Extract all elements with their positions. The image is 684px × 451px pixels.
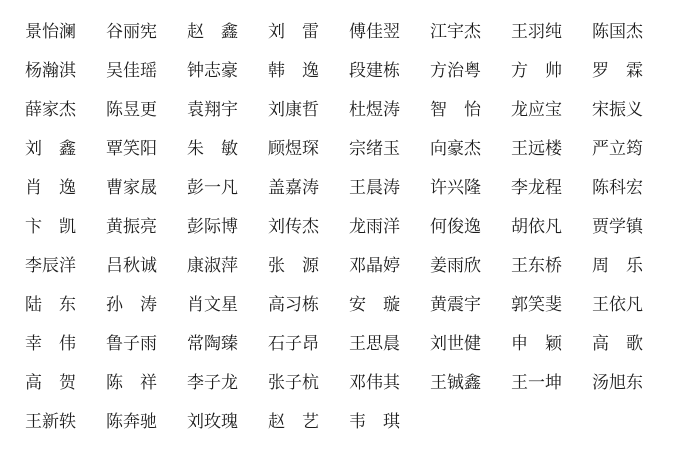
name-cell: 幸 伟	[25, 335, 76, 352]
name-row: 幸 伟鲁子雨常陶臻石子昂王思晨刘世健申 颖高 歌	[25, 324, 643, 363]
name-cell: 孙 涛	[106, 296, 157, 313]
name-row: 陆 东孙 涛肖文星高习栋安 璇黄震宇郭笑斐王依凡	[25, 285, 643, 324]
name-cell: 刘 雷	[268, 23, 319, 40]
name-cell: 彭际博	[187, 218, 238, 235]
name-cell: 刘康哲	[268, 101, 319, 118]
name-cell: 姜雨欣	[430, 257, 481, 274]
name-cell: 陈科宏	[592, 179, 643, 196]
name-cell: 宗绪玉	[349, 140, 400, 157]
name-row: 薛家杰陈昱更袁翔宇刘康哲杜煜涛智 怡龙应宝宋振义	[25, 90, 643, 129]
name-cell: 罗 霖	[592, 62, 643, 79]
name-cell: 汤旭东	[592, 374, 643, 391]
name-cell: 彭一凡	[187, 179, 238, 196]
name-cell: 刘世健	[430, 335, 481, 352]
name-cell: 刘传杰	[268, 218, 319, 235]
name-cell: 韩 逸	[268, 62, 319, 79]
name-cell: 高 贺	[25, 374, 76, 391]
name-cell: 方 帅	[511, 62, 562, 79]
name-cell: 李子龙	[187, 374, 238, 391]
name-cell: 康淑萍	[187, 257, 238, 274]
name-cell: 王羽纯	[511, 23, 562, 40]
name-cell: 赵 艺	[268, 413, 319, 430]
name-cell: 钟志豪	[187, 62, 238, 79]
name-row: 景怡澜谷丽宪赵 鑫刘 雷傅佳翌江宇杰王羽纯陈国杰	[25, 12, 643, 51]
name-cell: 王依凡	[592, 296, 643, 313]
name-row: 高 贺陈 祥李子龙张子杭邓伟其王铖鑫王一坤汤旭东	[25, 363, 643, 402]
name-cell: 黄震宇	[430, 296, 481, 313]
name-cell: 赵 鑫	[187, 23, 238, 40]
name-cell: 龙应宝	[511, 101, 562, 118]
name-cell: 张 源	[268, 257, 319, 274]
name-cell: 刘玫瑰	[187, 413, 238, 430]
name-cell: 吕秋诚	[106, 257, 157, 274]
name-cell: 陈国杰	[592, 23, 643, 40]
name-cell: 薛家杰	[25, 101, 76, 118]
name-cell: 段建栋	[349, 62, 400, 79]
name-cell: 邓伟其	[349, 374, 400, 391]
name-cell: 傅佳翌	[349, 23, 400, 40]
name-cell: 向豪杰	[430, 140, 481, 157]
name-cell: 王思晨	[349, 335, 400, 352]
name-cell: 陆 东	[25, 296, 76, 313]
name-row: 肖 逸曹家晟彭一凡盖嘉涛王晨涛许兴隆李龙程陈科宏	[25, 168, 643, 207]
name-cell: 杨瀚淇	[25, 62, 76, 79]
name-cell: 杜煜涛	[349, 101, 400, 118]
name-cell: 邓晶婷	[349, 257, 400, 274]
name-cell: 石子昂	[268, 335, 319, 352]
name-cell: 龙雨洋	[349, 218, 400, 235]
name-cell: 高 歌	[592, 335, 643, 352]
name-cell: 李辰洋	[25, 257, 76, 274]
name-cell: 王东桥	[511, 257, 562, 274]
name-cell: 肖 逸	[25, 179, 76, 196]
name-cell: 王远楼	[511, 140, 562, 157]
name-cell: 陈昱更	[106, 101, 157, 118]
name-cell: 曹家晟	[106, 179, 157, 196]
name-cell: 袁翔宇	[187, 101, 238, 118]
name-cell: 李龙程	[511, 179, 562, 196]
name-cell: 王一坤	[511, 374, 562, 391]
name-row: 王新轶陈奔驰刘玫瑰赵 艺韦 琪	[25, 402, 643, 441]
name-cell: 常陶臻	[187, 335, 238, 352]
name-cell: 智 怡	[430, 101, 481, 118]
name-cell: 覃笑阳	[106, 140, 157, 157]
name-cell: 郭笑斐	[511, 296, 562, 313]
name-cell: 卞 凯	[25, 218, 76, 235]
name-cell: 肖文星	[187, 296, 238, 313]
name-cell: 谷丽宪	[106, 23, 157, 40]
name-cell: 严立筠	[592, 140, 643, 157]
name-cell: 陈奔驰	[106, 413, 157, 430]
name-cell: 宋振义	[592, 101, 643, 118]
name-cell: 贾学镇	[592, 218, 643, 235]
name-cell: 盖嘉涛	[268, 179, 319, 196]
name-cell: 张子杭	[268, 374, 319, 391]
name-cell: 高习栋	[268, 296, 319, 313]
name-cell: 黄振亮	[106, 218, 157, 235]
name-cell: 陈 祥	[106, 374, 157, 391]
name-row: 李辰洋吕秋诚康淑萍张 源邓晶婷姜雨欣王东桥周 乐	[25, 246, 643, 285]
name-cell: 吴佳瑶	[106, 62, 157, 79]
name-grid: 景怡澜谷丽宪赵 鑫刘 雷傅佳翌江宇杰王羽纯陈国杰杨瀚淇吴佳瑶钟志豪韩 逸段建栋方…	[25, 12, 643, 441]
name-cell: 申 颖	[511, 335, 562, 352]
name-row: 卞 凯黄振亮彭际博刘传杰龙雨洋何俊逸胡依凡贾学镇	[25, 207, 643, 246]
name-cell: 王铖鑫	[430, 374, 481, 391]
name-cell: 周 乐	[592, 257, 643, 274]
name-row: 杨瀚淇吴佳瑶钟志豪韩 逸段建栋方治粤方 帅罗 霖	[25, 51, 643, 90]
name-cell: 方治粤	[430, 62, 481, 79]
name-cell: 景怡澜	[25, 23, 76, 40]
name-cell: 朱 敏	[187, 140, 238, 157]
name-cell: 江宇杰	[430, 23, 481, 40]
name-cell: 许兴隆	[430, 179, 481, 196]
name-cell: 顾煜琛	[268, 140, 319, 157]
name-cell: 安 璇	[349, 296, 400, 313]
name-cell: 刘 鑫	[25, 140, 76, 157]
name-cell: 何俊逸	[430, 218, 481, 235]
name-cell: 胡依凡	[511, 218, 562, 235]
name-cell: 王新轶	[25, 413, 76, 430]
name-row: 刘 鑫覃笑阳朱 敏顾煜琛宗绪玉向豪杰王远楼严立筠	[25, 129, 643, 168]
name-cell: 王晨涛	[349, 179, 400, 196]
name-cell: 韦 琪	[349, 413, 400, 430]
name-cell: 鲁子雨	[106, 335, 157, 352]
